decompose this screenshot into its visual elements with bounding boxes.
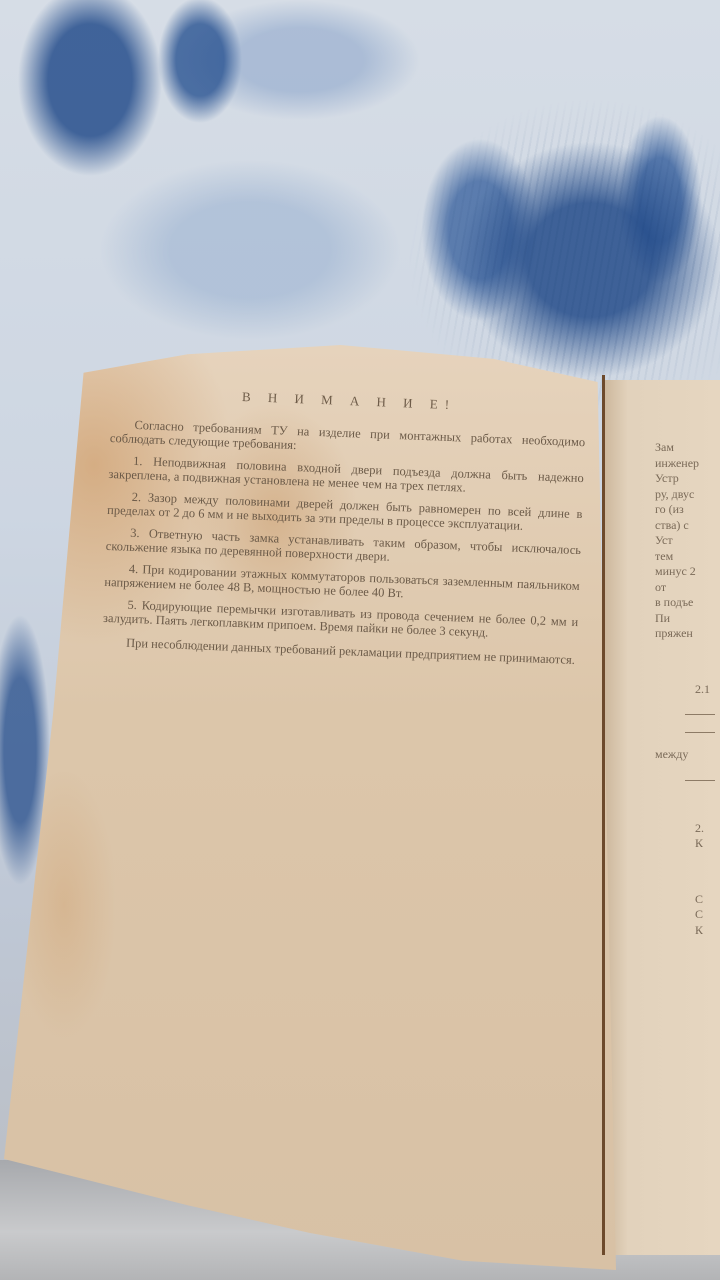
right-page-text: Зам инженер Устр ру, двус го (из ства) с… (655, 440, 720, 938)
divider-dash (685, 732, 715, 733)
text-fragment: Устр (655, 471, 720, 487)
text-fragment: К (655, 836, 720, 852)
text-fragment: Уст (655, 533, 720, 549)
booklet-spine (602, 375, 605, 1255)
text-fragment: 2.1 (655, 682, 720, 698)
text-fragment: пряжен (655, 626, 720, 642)
text-fragment: ства) с (655, 518, 720, 534)
divider-dash (685, 714, 715, 715)
text-fragment: от (655, 580, 720, 596)
text-fragment: го (из (655, 502, 720, 518)
text-fragment: инженер (655, 456, 720, 472)
text-fragment: С (655, 892, 720, 908)
text-fragment: в подъе (655, 595, 720, 611)
text-fragment: 2. (655, 821, 720, 837)
text-fragment: К (655, 923, 720, 939)
text-fragment: ру, двус (655, 487, 720, 503)
text-fragment: Зам (655, 440, 720, 456)
text-fragment: С (655, 907, 720, 923)
left-page-text: В Н И М А Н И Е! Согласно требованиям ТУ… (102, 385, 587, 675)
text-fragment: Пи (655, 611, 720, 627)
text-fragment: тем (655, 549, 720, 565)
text-fragment: минус 2 (655, 564, 720, 580)
text-fragment: между (655, 747, 720, 763)
